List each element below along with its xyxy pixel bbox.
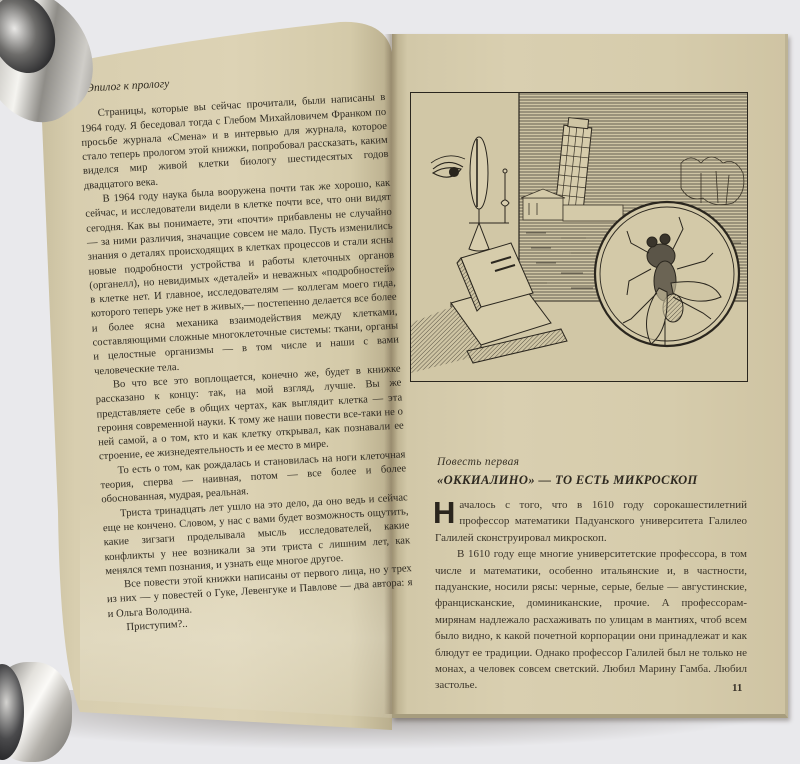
eye-icon <box>431 156 465 177</box>
right-paragraph: ачалось с того, что в 1610 году сорокаше… <box>435 499 747 544</box>
story-title: «ОККИАЛИНО» — ТО ЕСТЬ МИКРОСКОП <box>437 473 698 488</box>
page-number: 11 <box>732 682 742 694</box>
book-scene: Эпилог к прологу Страницы, которые вы се… <box>0 0 800 764</box>
right-paragraph: В 1610 году еще многие университетские п… <box>435 546 747 694</box>
story-label: Повесть первая <box>437 456 519 468</box>
drop-cap: Н <box>433 499 455 527</box>
right-page-text: Началось с того, что в 1610 году сорокаш… <box>435 497 747 694</box>
engraving-illustration <box>410 92 748 382</box>
lens-icon <box>469 137 509 251</box>
left-paragraph: В 1964 году наука была вооружена почти т… <box>84 177 400 380</box>
left-page-text: Эпилог к прологу Страницы, которые вы се… <box>78 65 415 636</box>
